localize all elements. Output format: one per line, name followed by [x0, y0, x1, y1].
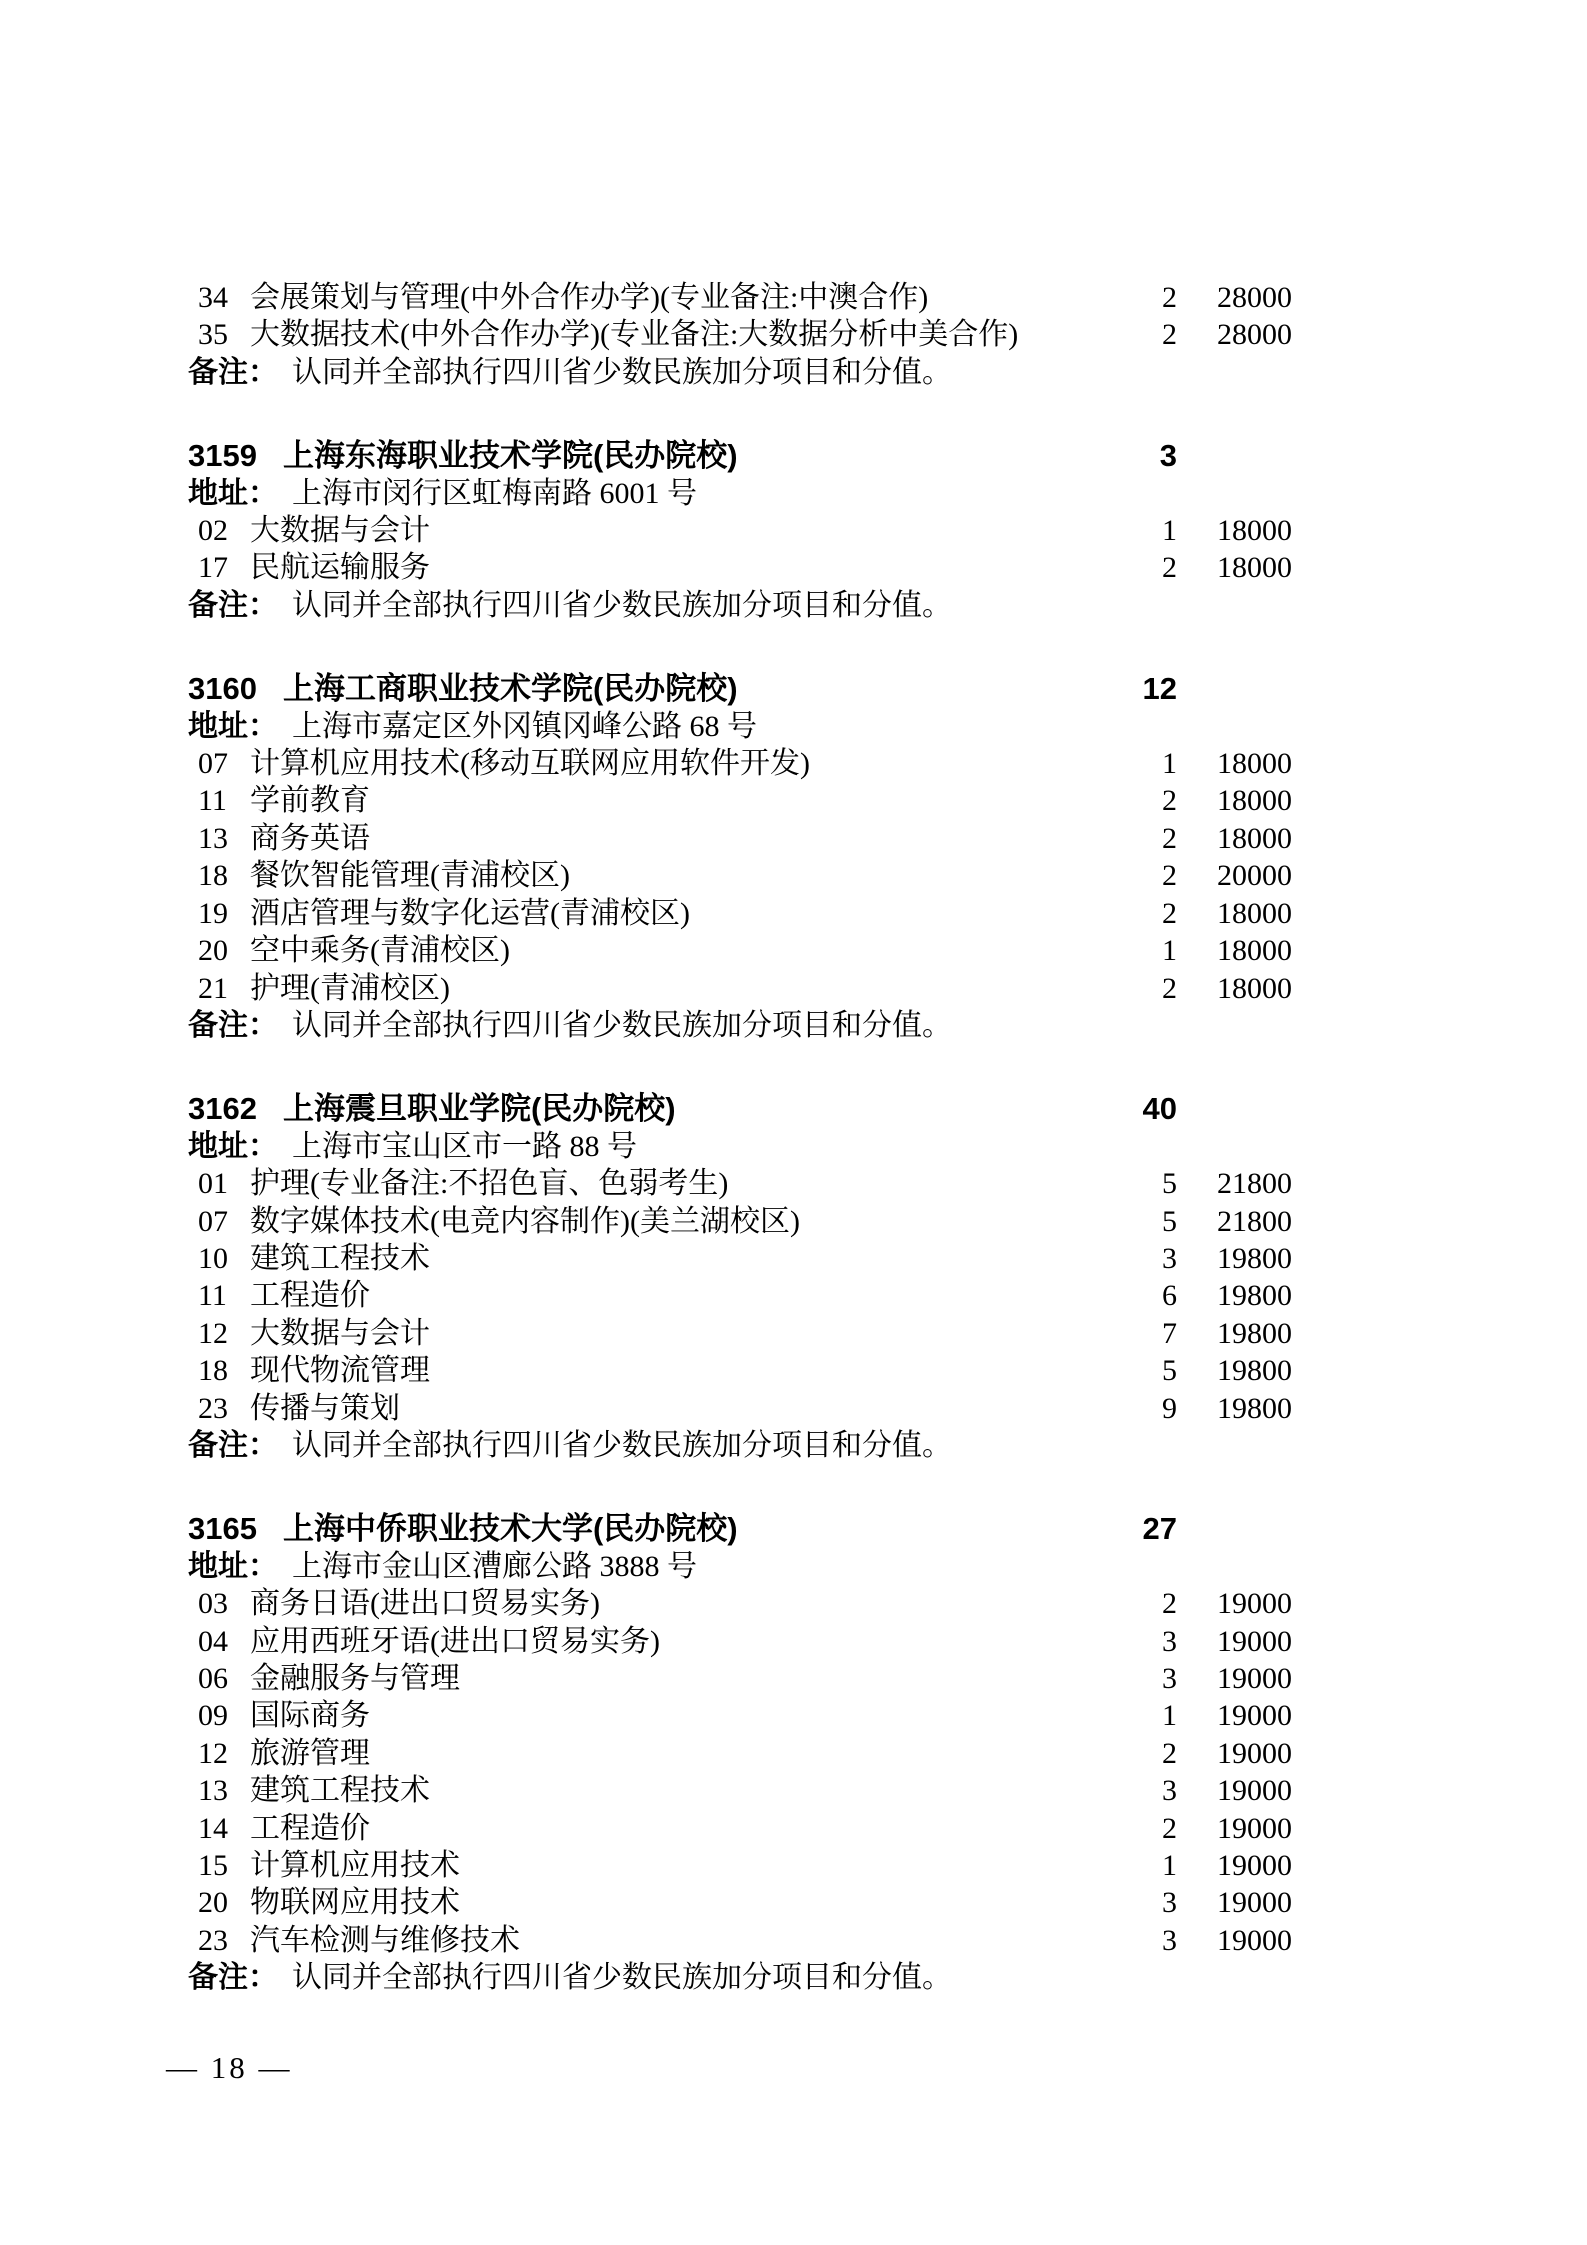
- program-code: 12: [198, 1735, 234, 1772]
- school-header: 3162 上海震旦职业学院(民办院校) 40: [188, 1090, 1292, 1127]
- address-text: 上海市金山区漕廊公路 3888 号: [292, 1548, 697, 1585]
- program-plan-count: 2: [1117, 970, 1177, 1007]
- program-plan-count: 5: [1117, 1165, 1177, 1202]
- program-tuition-fee: 18000: [1177, 745, 1292, 782]
- program-name: 建筑工程技术: [234, 1772, 1117, 1809]
- program-row: 06 金融服务与管理 3 19000: [188, 1660, 1292, 1697]
- note-label: 备注：: [188, 587, 278, 624]
- address-row: 地址： 上海市金山区漕廊公路 3888 号: [188, 1548, 1292, 1585]
- program-row: 20 物联网应用技术 3 19000: [188, 1884, 1292, 1921]
- program-plan-count: 3: [1117, 1660, 1177, 1697]
- program-row: 13 建筑工程技术 3 19000: [188, 1772, 1292, 1809]
- school-name: 上海震旦职业学院(民办院校): [283, 1090, 1117, 1127]
- program-name: 空中乘务(青浦校区): [234, 932, 1117, 969]
- school-section: 3165 上海中侨职业技术大学(民办院校) 27 地址： 上海市金山区漕廊公路 …: [188, 1510, 1292, 1996]
- program-plan-count: 2: [1117, 1735, 1177, 1772]
- school-code: 3160: [188, 670, 257, 707]
- program-tuition-fee: 19000: [1177, 1884, 1292, 1921]
- program-code: 04: [198, 1623, 234, 1660]
- program-code: 35: [198, 316, 234, 353]
- program-plan-count: 2: [1117, 895, 1177, 932]
- program-name: 物联网应用技术: [234, 1884, 1117, 1921]
- note-row: 备注： 认同并全部执行四川省少数民族加分项目和分值。: [188, 1427, 1292, 1464]
- program-plan-count: 5: [1117, 1203, 1177, 1240]
- program-row: 35 大数据技术(中外合作办学)(专业备注:大数据分析中美合作) 2 28000: [188, 316, 1292, 353]
- note-row: 备注： 认同并全部执行四川省少数民族加分项目和分值。: [188, 1007, 1292, 1044]
- program-tuition-fee: 18000: [1177, 549, 1292, 586]
- program-plan-count: 1: [1117, 1847, 1177, 1884]
- program-plan-count: 1: [1117, 745, 1177, 782]
- program-name: 建筑工程技术: [234, 1240, 1117, 1277]
- program-row: 13 商务英语 2 18000: [188, 820, 1292, 857]
- program-row: 23 汽车检测与维修技术 3 19000: [188, 1922, 1292, 1959]
- program-row: 14 工程造价 2 19000: [188, 1810, 1292, 1847]
- program-code: 15: [198, 1847, 234, 1884]
- program-row: 11 工程造价 6 19800: [188, 1277, 1292, 1314]
- program-tuition-fee: 19000: [1177, 1660, 1292, 1697]
- program-name: 学前教育: [234, 782, 1117, 819]
- school-code: 3162: [188, 1090, 257, 1127]
- program-plan-count: 3: [1117, 1240, 1177, 1277]
- program-name: 金融服务与管理: [234, 1660, 1117, 1697]
- program-row: 18 现代物流管理 5 19800: [188, 1352, 1292, 1389]
- program-row: 17 民航运输服务 2 18000: [188, 549, 1292, 586]
- program-row: 07 数字媒体技术(电竞内容制作)(美兰湖校区) 5 21800: [188, 1203, 1292, 1240]
- program-code: 07: [198, 1203, 234, 1240]
- program-tuition-fee: 21800: [1177, 1165, 1292, 1202]
- program-row: 02 大数据与会计 1 18000: [188, 512, 1292, 549]
- program-tuition-fee: 19000: [1177, 1697, 1292, 1734]
- program-code: 10: [198, 1240, 234, 1277]
- school-code: 3165: [188, 1510, 257, 1547]
- program-code: 03: [198, 1585, 234, 1622]
- program-name: 护理(专业备注:不招色盲、色弱考生): [234, 1165, 1117, 1202]
- program-tuition-fee: 19000: [1177, 1772, 1292, 1809]
- program-code: 34: [198, 279, 234, 316]
- program-tuition-fee: 21800: [1177, 1203, 1292, 1240]
- program-code: 07: [198, 745, 234, 782]
- program-name: 现代物流管理: [234, 1352, 1117, 1389]
- program-row: 01 护理(专业备注:不招色盲、色弱考生) 5 21800: [188, 1165, 1292, 1202]
- program-plan-count: 3: [1117, 1772, 1177, 1809]
- program-tuition-fee: 19800: [1177, 1240, 1292, 1277]
- program-plan-count: 1: [1117, 512, 1177, 549]
- program-rows: 07 计算机应用技术(移动互联网应用软件开发) 1 18000 11 学前教育 …: [188, 745, 1292, 1007]
- program-plan-count: 2: [1117, 820, 1177, 857]
- program-name: 大数据与会计: [234, 512, 1117, 549]
- program-code: 01: [198, 1165, 234, 1202]
- program-row: 18 餐饮智能管理(青浦校区) 2 20000: [188, 857, 1292, 894]
- program-tuition-fee: 19000: [1177, 1623, 1292, 1660]
- school-section: 3160 上海工商职业技术学院(民办院校) 12 地址： 上海市嘉定区外冈镇冈峰…: [188, 670, 1292, 1044]
- program-tuition-fee: 20000: [1177, 857, 1292, 894]
- program-code: 17: [198, 549, 234, 586]
- program-plan-count: 2: [1117, 782, 1177, 819]
- address-text: 上海市宝山区市一路 88 号: [292, 1128, 637, 1165]
- address-label: 地址：: [188, 1128, 278, 1165]
- program-row: 15 计算机应用技术 1 19000: [188, 1847, 1292, 1884]
- program-plan-count: 3: [1117, 1922, 1177, 1959]
- program-plan-count: 2: [1117, 1810, 1177, 1847]
- program-code: 13: [198, 820, 234, 857]
- program-name: 会展策划与管理(中外合作办学)(专业备注:中澳合作): [234, 279, 1117, 316]
- program-tuition-fee: 19800: [1177, 1315, 1292, 1352]
- program-tuition-fee: 18000: [1177, 512, 1292, 549]
- program-code: 23: [198, 1390, 234, 1427]
- address-label: 地址：: [188, 1548, 278, 1585]
- program-name: 工程造价: [234, 1810, 1117, 1847]
- program-rows: 01 护理(专业备注:不招色盲、色弱考生) 5 21800 07 数字媒体技术(…: [188, 1165, 1292, 1427]
- program-code: 20: [198, 1884, 234, 1921]
- program-tuition-fee: 19800: [1177, 1390, 1292, 1427]
- program-code: 18: [198, 857, 234, 894]
- program-tuition-fee: 18000: [1177, 782, 1292, 819]
- program-plan-count: 6: [1117, 1277, 1177, 1314]
- program-name: 民航运输服务: [234, 549, 1117, 586]
- program-name: 大数据技术(中外合作办学)(专业备注:大数据分析中美合作): [234, 316, 1117, 353]
- school-name: 上海工商职业技术学院(民办院校): [283, 670, 1117, 707]
- program-tuition-fee: 28000: [1177, 279, 1292, 316]
- program-name: 计算机应用技术(移动互联网应用软件开发): [234, 745, 1117, 782]
- program-row: 34 会展策划与管理(中外合作办学)(专业备注:中澳合作) 2 28000: [188, 279, 1292, 316]
- school-header: 3160 上海工商职业技术学院(民办院校) 12: [188, 670, 1292, 707]
- program-plan-count: 2: [1117, 316, 1177, 353]
- program-row: 21 护理(青浦校区) 2 18000: [188, 970, 1292, 1007]
- school-section: 3159 上海东海职业技术学院(民办院校) 3 地址： 上海市闵行区虹梅南路 6…: [188, 437, 1292, 624]
- program-name: 旅游管理: [234, 1735, 1117, 1772]
- address-row: 地址： 上海市宝山区市一路 88 号: [188, 1128, 1292, 1165]
- note-text: 认同并全部执行四川省少数民族加分项目和分值。: [292, 354, 952, 391]
- address-row: 地址： 上海市闵行区虹梅南路 6001 号: [188, 475, 1292, 512]
- program-tuition-fee: 19000: [1177, 1735, 1292, 1772]
- program-row: 11 学前教育 2 18000: [188, 782, 1292, 819]
- program-tuition-fee: 18000: [1177, 895, 1292, 932]
- program-row: 03 商务日语(进出口贸易实务) 2 19000: [188, 1585, 1292, 1622]
- program-code: 06: [198, 1660, 234, 1697]
- continuation-block: 34 会展策划与管理(中外合作办学)(专业备注:中澳合作) 2 28000 35…: [188, 279, 1292, 391]
- program-code: 12: [198, 1315, 234, 1352]
- page-number: — 18 —: [166, 2050, 293, 2086]
- school-total-plan: 3: [1117, 437, 1177, 474]
- program-code: 09: [198, 1697, 234, 1734]
- school-section: 3162 上海震旦职业学院(民办院校) 40 地址： 上海市宝山区市一路 88 …: [188, 1090, 1292, 1464]
- program-plan-count: 2: [1117, 549, 1177, 586]
- program-name: 工程造价: [234, 1277, 1117, 1314]
- school-header: 3159 上海东海职业技术学院(民办院校) 3: [188, 437, 1292, 474]
- program-name: 商务日语(进出口贸易实务): [234, 1585, 1117, 1622]
- program-code: 11: [198, 782, 234, 819]
- program-code: 02: [198, 512, 234, 549]
- note-label: 备注：: [188, 1959, 278, 1996]
- program-name: 酒店管理与数字化运营(青浦校区): [234, 895, 1117, 932]
- program-name: 传播与策划: [234, 1390, 1117, 1427]
- program-plan-count: 1: [1117, 932, 1177, 969]
- school-total-plan: 27: [1117, 1510, 1177, 1547]
- program-tuition-fee: 19000: [1177, 1847, 1292, 1884]
- program-tuition-fee: 18000: [1177, 970, 1292, 1007]
- document-page: 34 会展策划与管理(中外合作办学)(专业备注:中澳合作) 2 28000 35…: [0, 0, 1587, 2245]
- note-row: 备注： 认同并全部执行四川省少数民族加分项目和分值。: [188, 587, 1292, 624]
- program-row: 19 酒店管理与数字化运营(青浦校区) 2 18000: [188, 895, 1292, 932]
- school-header: 3165 上海中侨职业技术大学(民办院校) 27: [188, 1510, 1292, 1547]
- program-name: 国际商务: [234, 1697, 1117, 1734]
- program-tuition-fee: 19800: [1177, 1277, 1292, 1314]
- note-row: 备注： 认同并全部执行四川省少数民族加分项目和分值。: [188, 1959, 1292, 1996]
- note-label: 备注：: [188, 354, 278, 391]
- program-plan-count: 2: [1117, 857, 1177, 894]
- program-tuition-fee: 19000: [1177, 1585, 1292, 1622]
- continuation-program-rows: 34 会展策划与管理(中外合作办学)(专业备注:中澳合作) 2 28000 35…: [188, 279, 1292, 354]
- program-tuition-fee: 19800: [1177, 1352, 1292, 1389]
- note-text: 认同并全部执行四川省少数民族加分项目和分值。: [292, 1427, 952, 1464]
- school-sections: 3159 上海东海职业技术学院(民办院校) 3 地址： 上海市闵行区虹梅南路 6…: [188, 437, 1292, 1996]
- address-label: 地址：: [188, 475, 278, 512]
- program-tuition-fee: 28000: [1177, 316, 1292, 353]
- program-plan-count: 3: [1117, 1884, 1177, 1921]
- note-label: 备注：: [188, 1427, 278, 1464]
- program-name: 商务英语: [234, 820, 1117, 857]
- program-name: 餐饮智能管理(青浦校区): [234, 857, 1117, 894]
- program-plan-count: 1: [1117, 1697, 1177, 1734]
- program-rows: 02 大数据与会计 1 18000 17 民航运输服务 2 18000: [188, 512, 1292, 587]
- program-code: 13: [198, 1772, 234, 1809]
- program-row: 12 旅游管理 2 19000: [188, 1735, 1292, 1772]
- school-name: 上海中侨职业技术大学(民办院校): [283, 1510, 1117, 1547]
- program-row: 10 建筑工程技术 3 19800: [188, 1240, 1292, 1277]
- program-tuition-fee: 19000: [1177, 1922, 1292, 1959]
- note-row: 备注： 认同并全部执行四川省少数民族加分项目和分值。: [188, 354, 1292, 391]
- program-code: 11: [198, 1277, 234, 1314]
- program-plan-count: 2: [1117, 1585, 1177, 1622]
- admission-plan-list: 34 会展策划与管理(中外合作办学)(专业备注:中澳合作) 2 28000 35…: [188, 279, 1292, 1997]
- program-tuition-fee: 18000: [1177, 932, 1292, 969]
- school-total-plan: 12: [1117, 670, 1177, 707]
- note-text: 认同并全部执行四川省少数民族加分项目和分值。: [292, 587, 952, 624]
- school-total-plan: 40: [1117, 1090, 1177, 1127]
- note-label: 备注：: [188, 1007, 278, 1044]
- program-code: 20: [198, 932, 234, 969]
- note-text: 认同并全部执行四川省少数民族加分项目和分值。: [292, 1959, 952, 1996]
- program-code: 18: [198, 1352, 234, 1389]
- program-rows: 03 商务日语(进出口贸易实务) 2 19000 04 应用西班牙语(进出口贸易…: [188, 1585, 1292, 1959]
- school-name: 上海东海职业技术学院(民办院校): [283, 437, 1117, 474]
- program-code: 23: [198, 1922, 234, 1959]
- program-name: 计算机应用技术: [234, 1847, 1117, 1884]
- program-plan-count: 3: [1117, 1623, 1177, 1660]
- address-row: 地址： 上海市嘉定区外冈镇冈峰公路 68 号: [188, 708, 1292, 745]
- school-code: 3159: [188, 437, 257, 474]
- program-plan-count: 2: [1117, 279, 1177, 316]
- program-row: 20 空中乘务(青浦校区) 1 18000: [188, 932, 1292, 969]
- program-code: 21: [198, 970, 234, 1007]
- program-name: 应用西班牙语(进出口贸易实务): [234, 1623, 1117, 1660]
- program-plan-count: 5: [1117, 1352, 1177, 1389]
- program-name: 护理(青浦校区): [234, 970, 1117, 1007]
- program-row: 12 大数据与会计 7 19800: [188, 1315, 1292, 1352]
- program-row: 09 国际商务 1 19000: [188, 1697, 1292, 1734]
- program-tuition-fee: 18000: [1177, 820, 1292, 857]
- address-text: 上海市嘉定区外冈镇冈峰公路 68 号: [292, 708, 757, 745]
- program-code: 14: [198, 1810, 234, 1847]
- program-name: 汽车检测与维修技术: [234, 1922, 1117, 1959]
- program-row: 04 应用西班牙语(进出口贸易实务) 3 19000: [188, 1623, 1292, 1660]
- note-text: 认同并全部执行四川省少数民族加分项目和分值。: [292, 1007, 952, 1044]
- address-text: 上海市闵行区虹梅南路 6001 号: [292, 475, 697, 512]
- program-name: 数字媒体技术(电竞内容制作)(美兰湖校区): [234, 1203, 1117, 1240]
- program-tuition-fee: 19000: [1177, 1810, 1292, 1847]
- program-name: 大数据与会计: [234, 1315, 1117, 1352]
- program-plan-count: 7: [1117, 1315, 1177, 1352]
- address-label: 地址：: [188, 708, 278, 745]
- program-row: 07 计算机应用技术(移动互联网应用软件开发) 1 18000: [188, 745, 1292, 782]
- program-plan-count: 9: [1117, 1390, 1177, 1427]
- program-code: 19: [198, 895, 234, 932]
- program-row: 23 传播与策划 9 19800: [188, 1390, 1292, 1427]
